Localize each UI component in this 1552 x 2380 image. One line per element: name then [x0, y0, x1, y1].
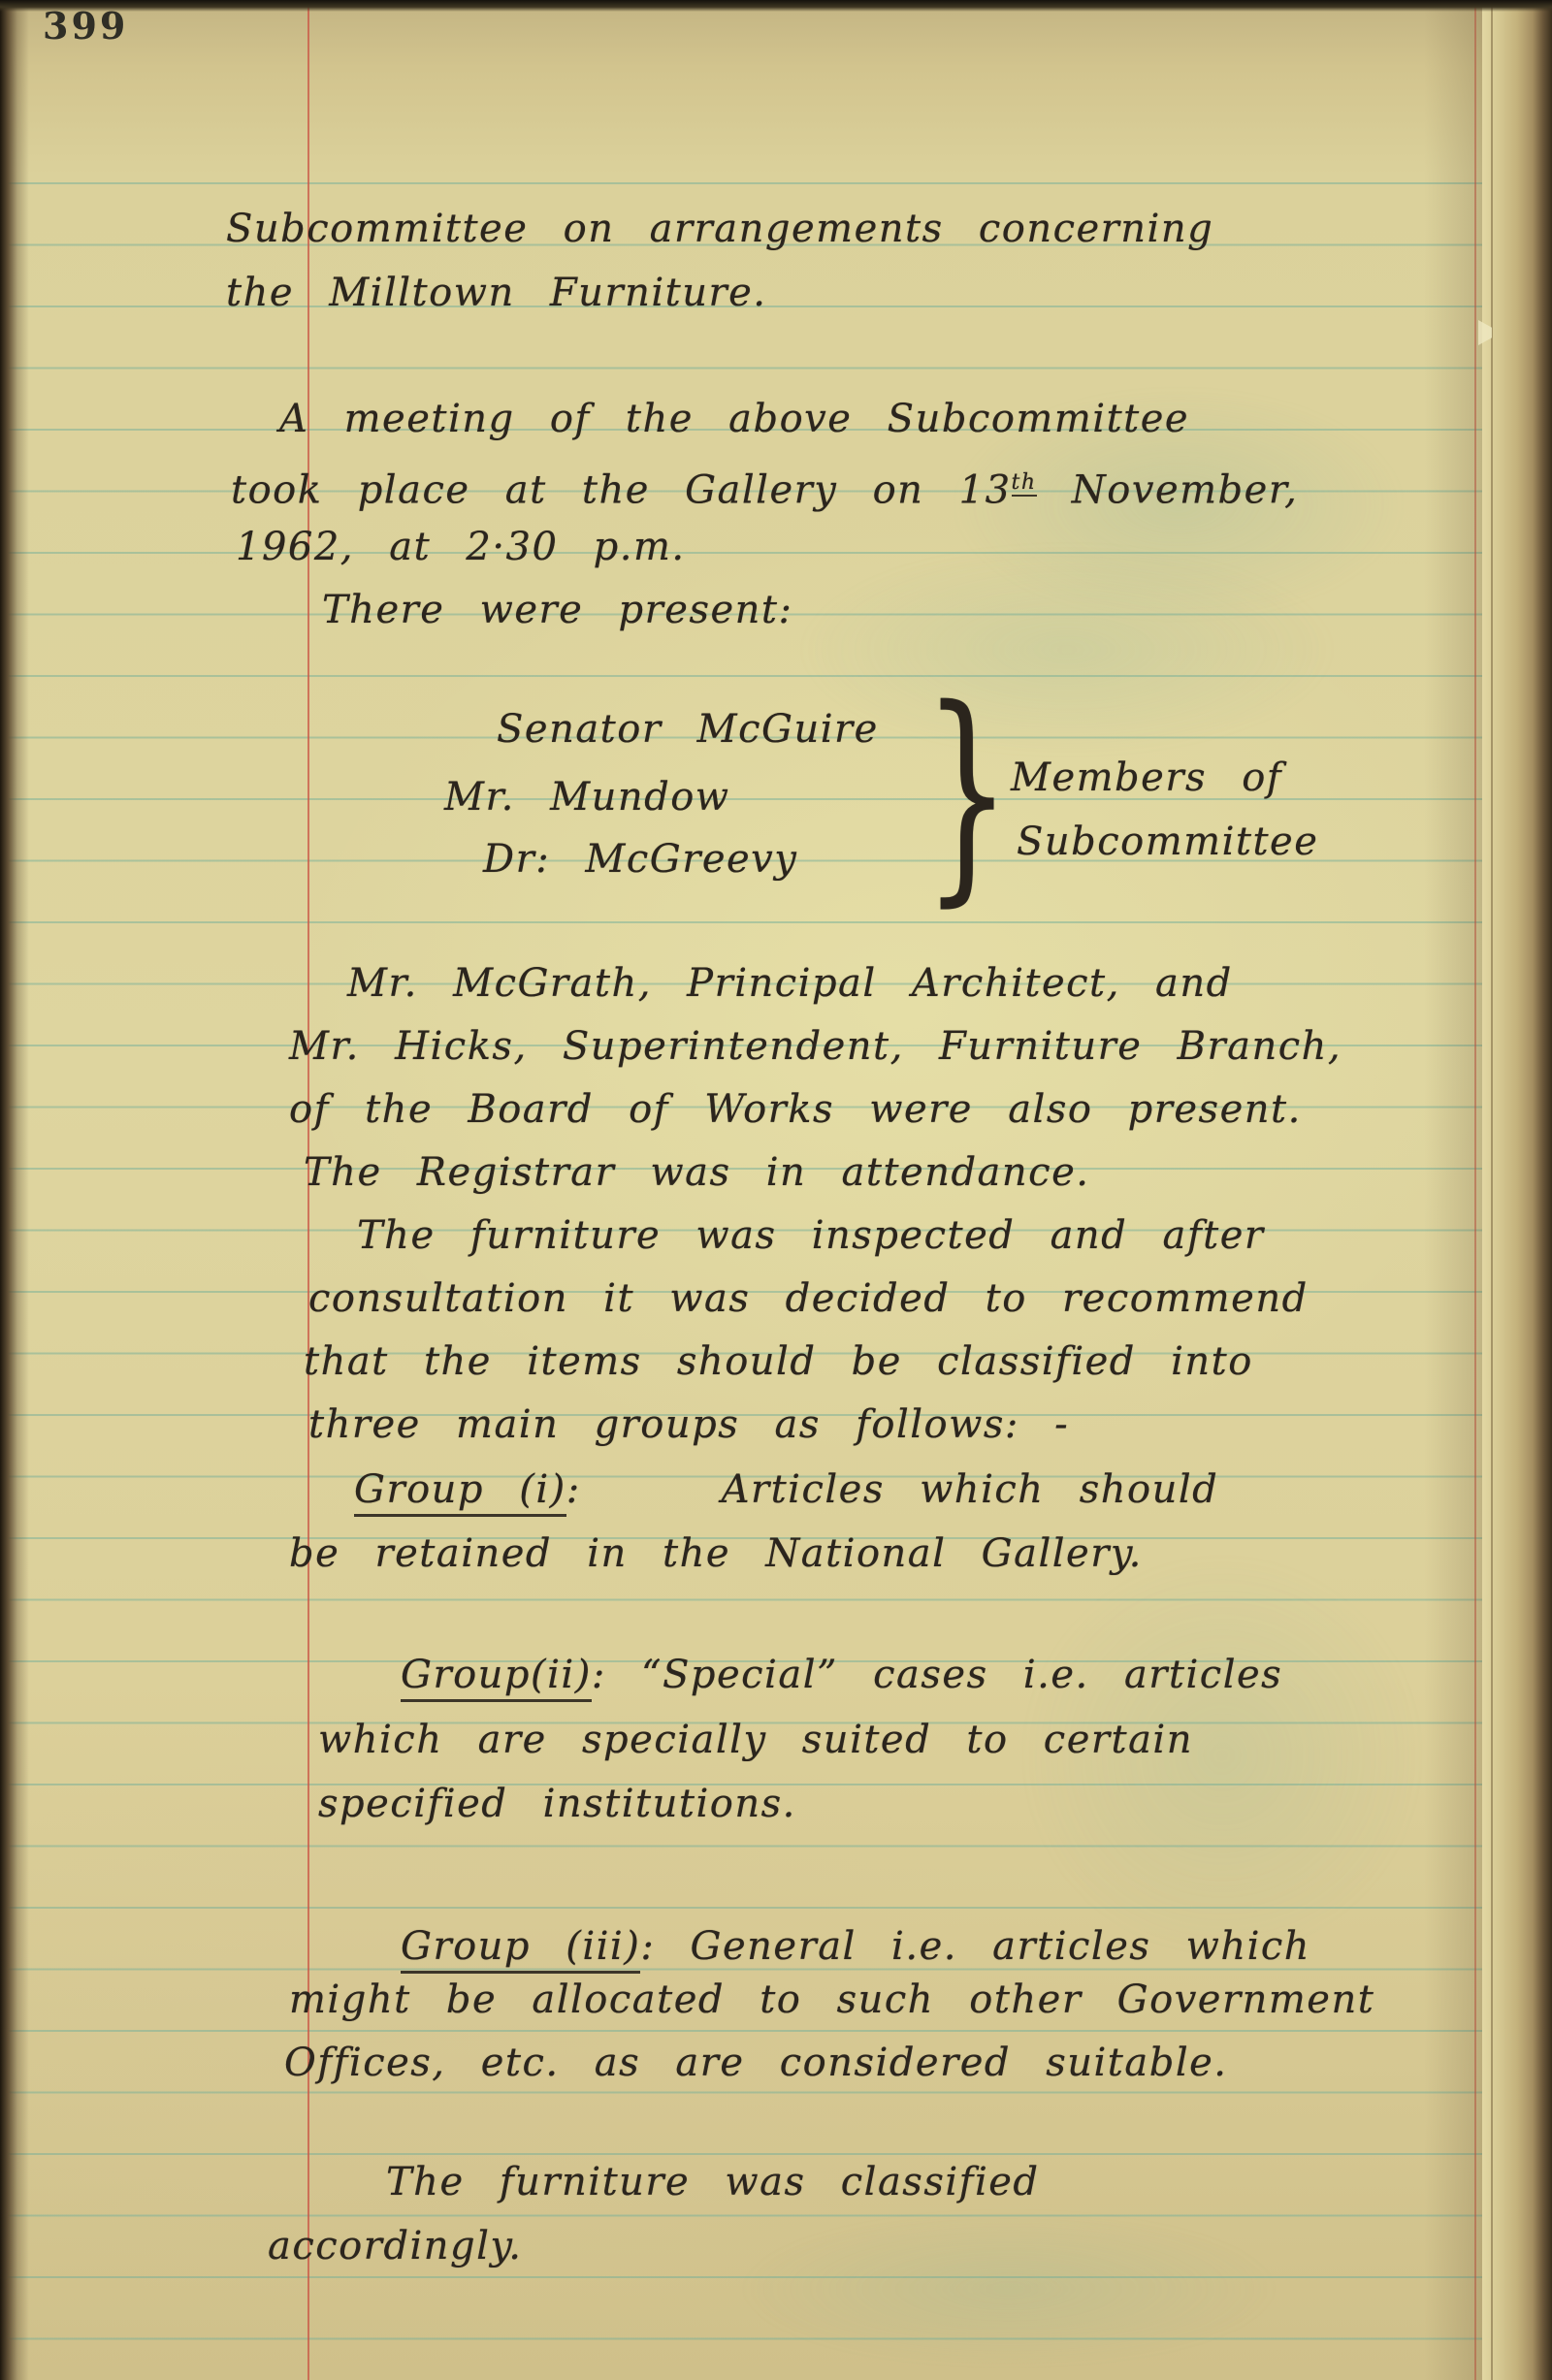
- ink-bleedthrough: [737, 2211, 1280, 2366]
- attendee-2: Mr. Mundow: [444, 774, 730, 820]
- inspection-line-3: that the items should be classified into: [304, 1338, 1253, 1385]
- meeting-line-2: took place at the Gallery on 13th Novemb…: [231, 460, 1298, 513]
- officials-line-1: Mr. McGrath, Principal Architect, and: [347, 960, 1233, 1007]
- closing-line-1: The furniture was classified: [386, 2159, 1040, 2205]
- present-heading: There were present:: [322, 587, 792, 633]
- photo-top-edge: [0, 0, 1552, 12]
- scanned-minute-book-page: { "page": { "number": "399", "ink_color"…: [0, 0, 1552, 2380]
- group-i-line-2: be retained in the National Gallery.: [289, 1530, 1143, 1577]
- meeting-line-3: 1962, at 2·30 p.m.: [236, 524, 686, 570]
- group-ii-line-1: Group(ii): “Special” cases i.e. articles: [401, 1652, 1282, 1698]
- group-i-line-1: Group (i): Articles which should: [354, 1466, 1218, 1513]
- attendees-brace: }: [923, 679, 1011, 908]
- attendee-1: Senator McGuire: [497, 706, 879, 753]
- officials-line-4: The Registrar was in attendance.: [304, 1149, 1089, 1196]
- group-ii-line-3: specified institutions.: [318, 1781, 796, 1827]
- group-iii-line-2: might be allocated to such other Governm…: [289, 1977, 1374, 2023]
- meeting-line-1: A meeting of the above Subcommittee: [279, 396, 1189, 442]
- group-ii-line-2: which are specially suited to certain: [318, 1717, 1193, 1763]
- brace-label-2: Subcommittee: [1017, 819, 1318, 865]
- inspection-line-2: consultation it was decided to recommend: [308, 1275, 1309, 1322]
- officials-line-2: Mr. Hicks, Superintendent, Furniture Bra…: [289, 1023, 1342, 1070]
- group-iii-line-3: Offices, etc. as are considered suitable…: [284, 2040, 1228, 2086]
- inspection-line-1: The furniture was inspected and after: [357, 1212, 1265, 1259]
- group-iii-line-1: Group (iii): General i.e. articles which: [401, 1923, 1310, 1970]
- binding-edge: [0, 0, 29, 2380]
- brace-label-1: Members of: [1011, 755, 1282, 801]
- title-line-1: Subcommittee on arrangements concerning: [226, 206, 1213, 252]
- ledger-page: 399 } Subcommittee on arrangements conce…: [0, 0, 1552, 2380]
- attendee-3: Dr: McGreevy: [483, 836, 797, 883]
- closing-line-2: accordingly.: [268, 2223, 522, 2269]
- officials-line-3: of the Board of Works were also present.: [289, 1086, 1302, 1133]
- page-curl-shadow: [1424, 0, 1482, 2380]
- inspection-line-4: three main groups as follows: -: [308, 1401, 1069, 1448]
- title-line-2: the Milltown Furniture.: [226, 270, 766, 316]
- book-page-edges: [1482, 0, 1552, 2380]
